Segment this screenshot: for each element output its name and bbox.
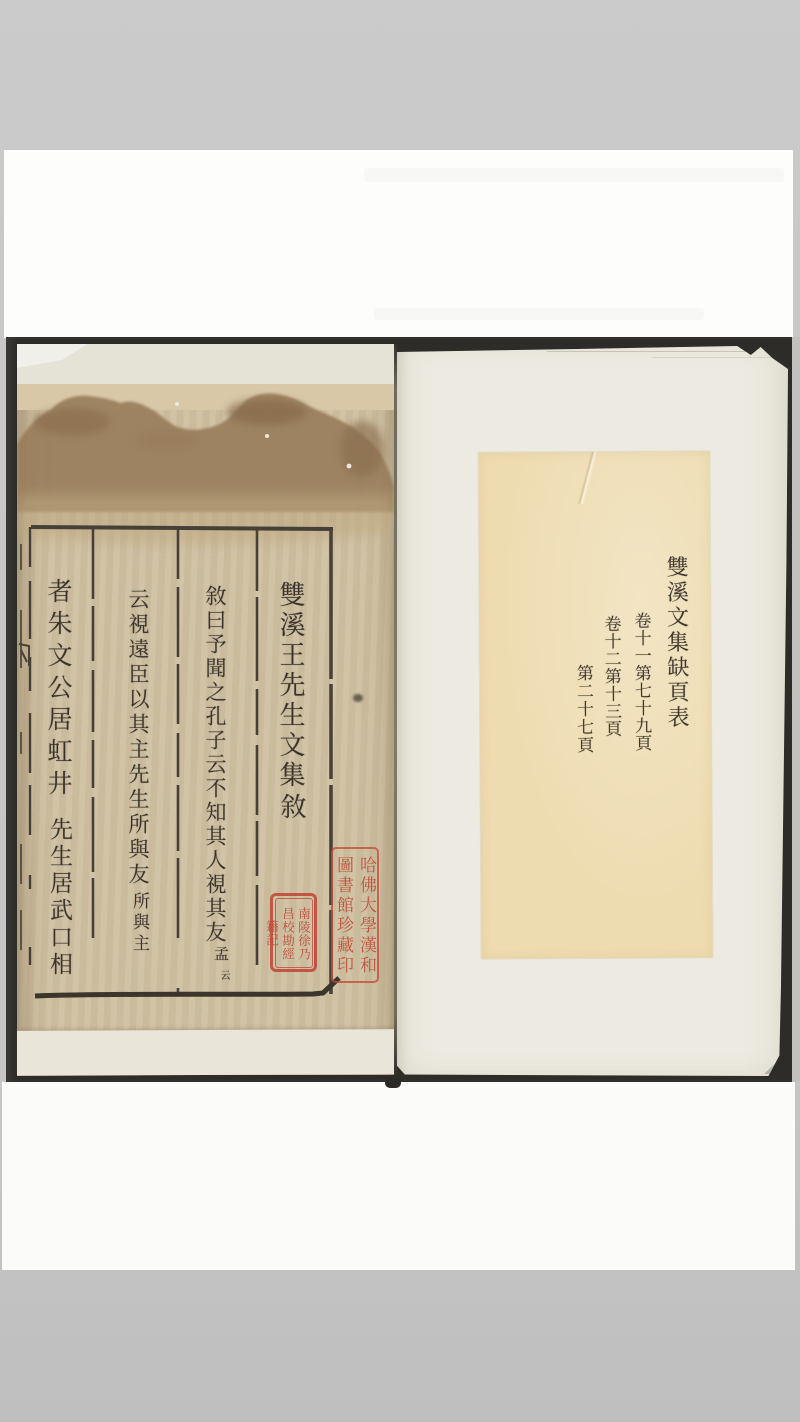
ink-smudge (353, 694, 363, 702)
preface-column-2: 敘曰予聞之孔子云不知其人視其友 (204, 585, 225, 945)
torn-top-backing (17, 344, 394, 404)
stain-blob (340, 421, 384, 477)
paper-speck (347, 464, 352, 469)
preface-column-4-upper: 者朱文公居虹井 (46, 578, 71, 802)
paper-speck (265, 434, 269, 438)
harvard-yenching-library-seal: 哈佛大學漢和圖書館珍藏印 (331, 847, 379, 983)
note-entry-2: 卷十二第十三頁 (601, 615, 619, 738)
left-page: 雙溪王先生文集 敘 敘曰予聞之孔子云不知其人視其友 孟 云 云視遠臣以其主先生所… (17, 344, 394, 1075)
title-column-tail: 敘 (278, 793, 304, 819)
edge-character-fragment (19, 644, 29, 666)
stain-main (17, 393, 394, 512)
page-stack-edge-line (547, 351, 747, 352)
xu-naichang-collation-seal: 南陵徐乃昌校勘經籍記 (270, 893, 317, 972)
stain-blob (34, 408, 110, 436)
missing-pages-note: 雙溪文集缺頁表 卷十一第七十九頁 卷十二第十三頁 第二十七頁 (478, 451, 712, 958)
preface-column-3-small: 所與主 (130, 892, 147, 955)
preface-column-2-tiny: 云 (218, 970, 228, 980)
mat-smudge (364, 168, 784, 182)
photo-mat-bottom (2, 1082, 795, 1270)
spine-bottom-nub (385, 1078, 401, 1088)
stain-blob (227, 399, 307, 425)
torn-corner-highlight (17, 344, 87, 368)
stain-blob (137, 430, 197, 450)
book-spine-gap (394, 344, 397, 1075)
scan-right-edge-strip (792, 337, 800, 1082)
stain-wash (17, 494, 394, 544)
page-stack-edge-line (652, 357, 782, 358)
right-page: 雙溪文集缺頁表 卷十一第七十九頁 卷十二第十三頁 第二十七頁 (397, 342, 788, 1076)
photo-mat-top (4, 150, 793, 338)
note-entry-3: 第二十七頁 (574, 664, 592, 754)
mat-smudge (374, 308, 704, 320)
preface-column-2-small: 孟 (213, 946, 228, 961)
preface-column-4-lower: 先生居武口相 (47, 817, 70, 979)
note-crease (571, 452, 601, 504)
paper-speck (175, 402, 179, 406)
note-entry-1: 卷十一第七十九頁 (631, 612, 649, 752)
scanned-book-photo: 雙溪王先生文集 敘 敘曰予聞之孔子云不知其人視其友 孟 云 云視遠臣以其主先生所… (0, 0, 800, 1422)
xu-naichang-collation-seal-text: 南陵徐乃昌校勘經籍記 (275, 898, 313, 968)
title-column: 雙溪王先生文集 (277, 581, 303, 791)
preface-column-3: 云視遠臣以其主先生所與友 (127, 588, 148, 888)
torn-edge-tan (17, 384, 394, 410)
left-page-bottom-backing (17, 1029, 394, 1076)
note-title: 雙溪文集缺頁表 (664, 555, 687, 730)
